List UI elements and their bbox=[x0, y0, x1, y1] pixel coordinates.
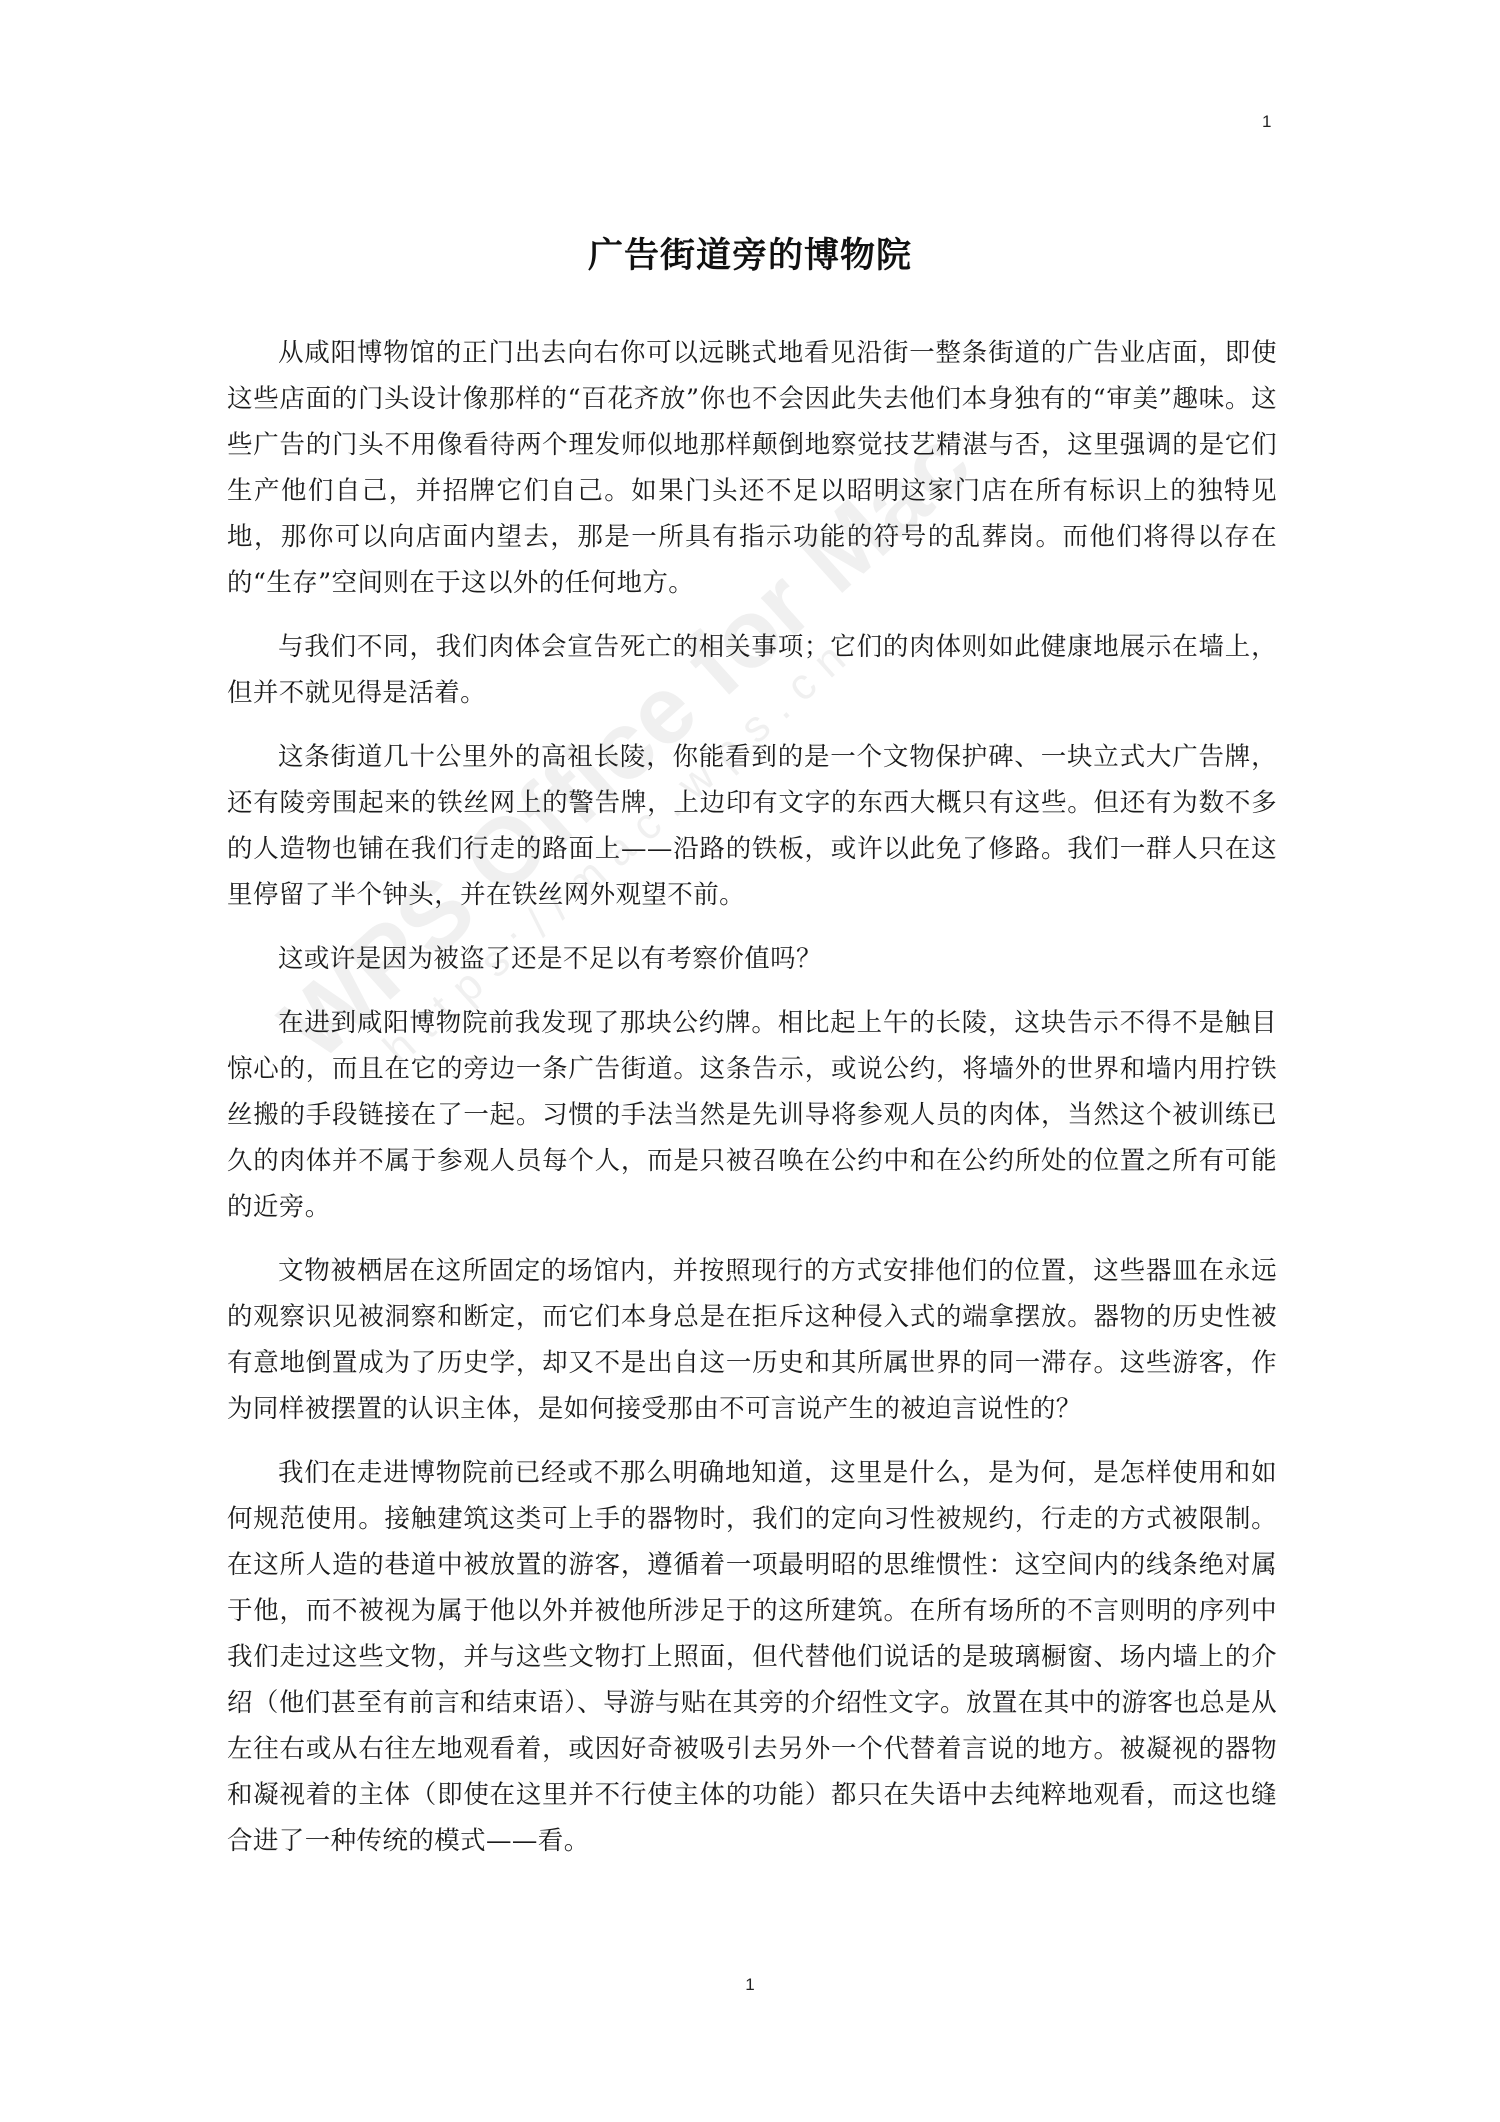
paragraph: 文物被栖居在这所固定的场馆内，并按照现行的方式安排他们的位置，这些器皿在永远的观… bbox=[227, 1248, 1277, 1432]
header-page-number: 1 bbox=[1262, 112, 1271, 132]
paragraph: 我们在走进博物院前已经或不那么明确地知道，这里是什么，是为何，是怎样使用和如何规… bbox=[227, 1450, 1277, 1864]
paragraph: 在进到咸阳博物院前我发现了那块公约牌。相比起上午的长陵，这块告示不得不是触目惊心… bbox=[227, 1000, 1277, 1230]
document-title: 广告街道旁的博物院 bbox=[0, 228, 1500, 278]
document-page: 1 WPS Office for Mac https://mac.wps.cn … bbox=[0, 0, 1500, 2122]
paragraph: 从咸阳博物馆的正门出去向右你可以远眺式地看见沿街一整条街道的广告业店面，即使这些… bbox=[227, 330, 1277, 606]
paragraph: 与我们不同，我们肉体会宣告死亡的相关事项；它们的肉体则如此健康地展示在墙上，但并… bbox=[227, 624, 1277, 716]
paragraph: 这或许是因为被盗了还是不足以有考察价值吗？ bbox=[227, 936, 1277, 982]
document-body: 从咸阳博物馆的正门出去向右你可以远眺式地看见沿街一整条街道的广告业店面，即使这些… bbox=[227, 330, 1277, 1882]
footer-page-number: 1 bbox=[0, 1975, 1500, 1995]
paragraph: 这条街道几十公里外的高祖长陵，你能看到的是一个文物保护碑、一块立式大广告牌，还有… bbox=[227, 734, 1277, 918]
